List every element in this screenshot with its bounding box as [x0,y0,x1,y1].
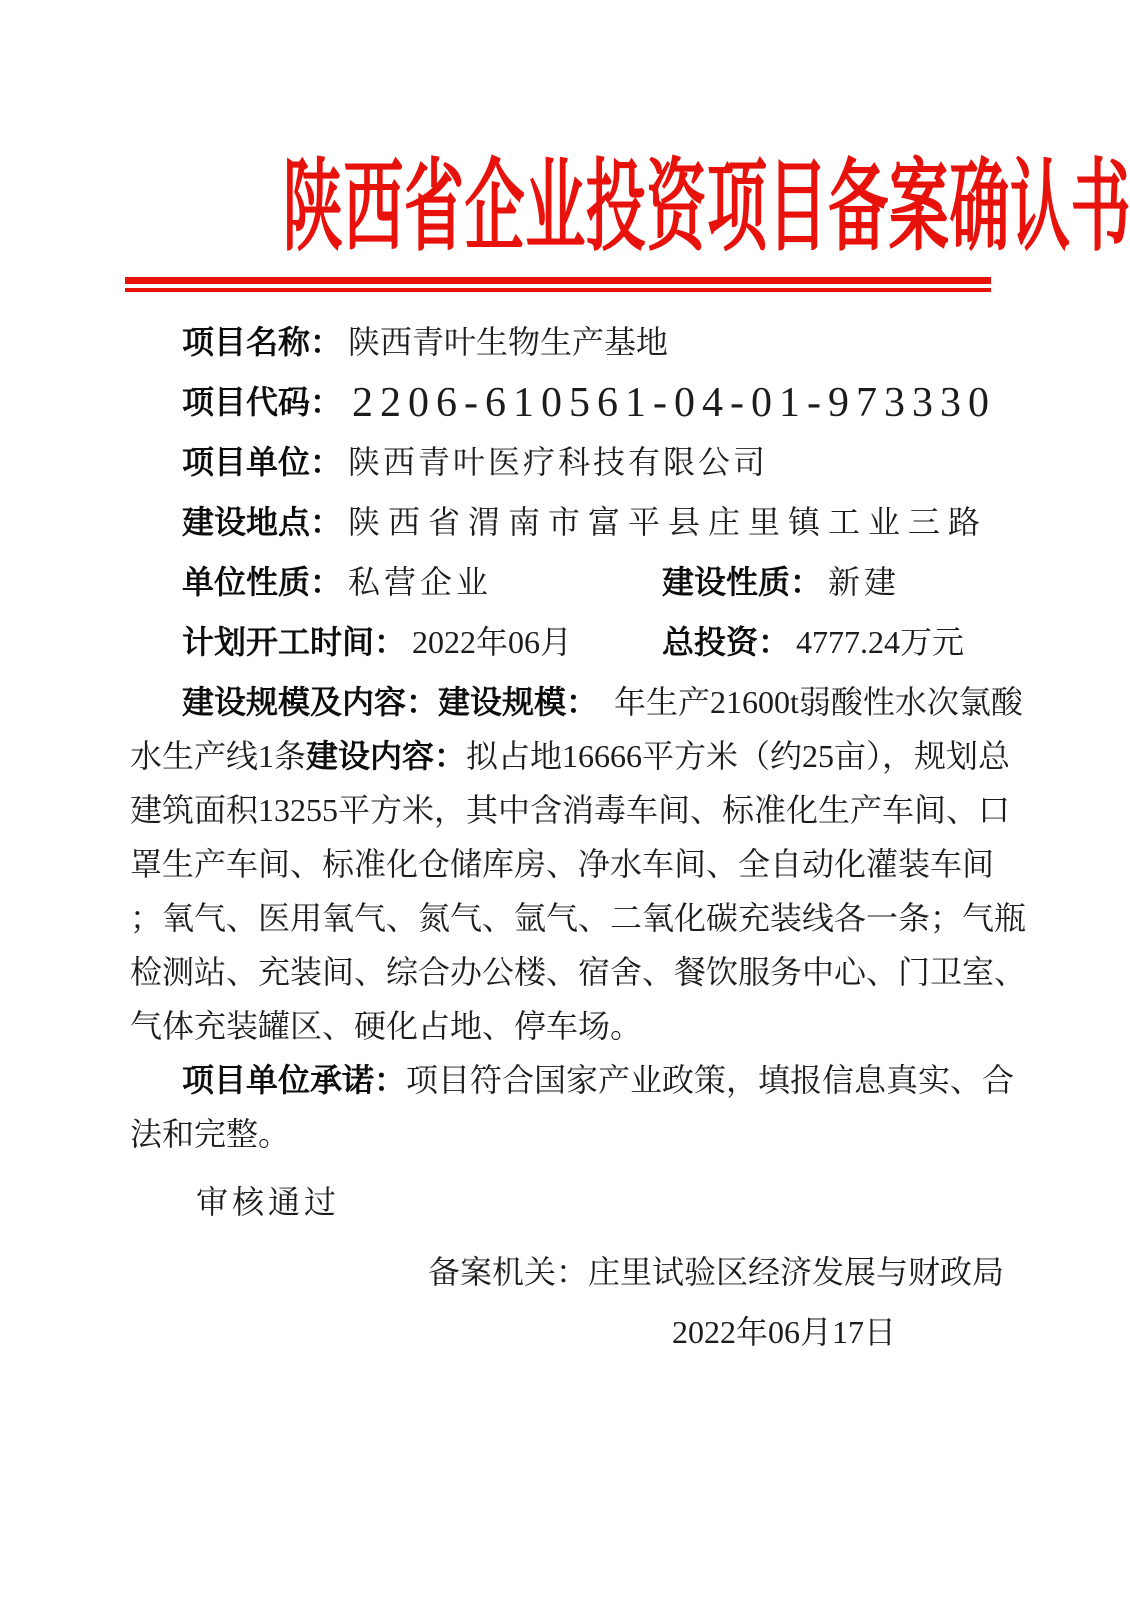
project-name-label: 项目名称： [182,324,342,360]
project-code-label: 项目代码： [182,384,342,420]
filing-authority-label: 备案机关： [428,1254,588,1290]
project-code-value: 2206-610561-04-01-973330 [352,380,996,426]
start-time-value: 2022年06月 [412,624,572,660]
unit-nature-label: 单位性质： [182,564,342,600]
start-time-label: 计划开工时间： [182,624,406,660]
project-unit-label: 项目单位： [182,444,342,480]
investment-label: 总投资： [662,624,790,660]
scale-paragraph-line-2: 水生产线1条建设内容：拟占地16666平方米（约25亩），规划总 [130,736,1070,776]
build-nature-value: 新建 [828,564,900,600]
field-build-nature: 建设性质：新建 [662,562,900,602]
scale-line2-text: 拟占地16666平方米（约25亩），规划总 [466,738,1010,774]
filing-date: 2022年06月17日 [672,1312,896,1352]
field-project-code: 项目代码：2206-610561-04-01-973330 [182,382,996,424]
field-location: 建设地点：陕西省渭南市富平县庄里镇工业三路 [182,502,988,542]
filing-authority-value: 庄里试验区经济发展与财政局 [588,1254,1004,1290]
title-block: 陕西省企业投资项目备案确认书 [0,152,1130,264]
field-start-time: 计划开工时间：2022年06月 [182,622,572,662]
field-project-unit: 项目单位：陕西青叶医疗科技有限公司 [182,442,768,482]
field-investment: 总投资：4777.24万元 [662,622,964,662]
scale-paragraph-line-5: ；氧气、医用氧气、氮气、氩气、二氧化碳充装线各一条；气瓶 [130,898,1070,938]
promise-label: 项目单位承诺： [182,1062,406,1098]
content-sub-label: 建设内容： [306,738,466,774]
promise-line1-text: 项目符合国家产业政策，填报信息真实、合 [406,1062,1014,1098]
investment-value: 4777.24万元 [796,624,964,660]
scale-paragraph-line-1: 建设规模及内容：建设规模： 年生产21600t弱酸性水次氯酸 [130,682,1070,722]
promise-paragraph-line-2: 法和完整。 [130,1114,1070,1154]
scale-label: 建设规模及内容： [182,684,438,720]
location-label: 建设地点： [182,504,342,540]
review-status: 审核通过 [196,1182,340,1222]
field-project-name: 项目名称：陕西青叶生物生产基地 [182,322,668,362]
scale-paragraph-line-4: 罩生产车间、标准化仓储库房、净水车间、全自动化灌装车间 [130,844,1070,884]
scale-paragraph-line-3: 建筑面积13255平方米，其中含消毒车间、标准化生产车间、口 [130,790,1070,830]
title-underline-thin [125,288,991,292]
document-page: 陕西省企业投资项目备案确认书 项目名称：陕西青叶生物生产基地 项目代码：2206… [0,0,1130,1600]
project-unit-value: 陕西青叶医疗科技有限公司 [348,444,768,480]
build-nature-label: 建设性质： [662,564,822,600]
location-value: 陕西省渭南市富平县庄里镇工业三路 [348,504,988,540]
field-unit-nature: 单位性质：私营企业 [182,562,492,602]
title-underline-thick [125,277,991,284]
project-name-value: 陕西青叶生物生产基地 [348,324,668,360]
scale-line1-text: 年生产21600t弱酸性水次氯酸 [582,684,1023,720]
doc-title: 陕西省企业投资项目备案确认书 [283,152,1130,264]
scale-paragraph-line-6: 检测站、充装间、综合办公楼、宿舍、餐饮服务中心、门卫室、 [130,952,1070,992]
filing-authority-line: 备案机关：庄里试验区经济发展与财政局 [428,1252,1004,1292]
scale-line2-pre: 水生产线1条 [130,738,306,774]
scale-paragraph-line-7: 气体充装罐区、硬化占地、停车场。 [130,1006,1070,1046]
unit-nature-value: 私营企业 [348,564,492,600]
promise-paragraph-line-1: 项目单位承诺：项目符合国家产业政策，填报信息真实、合 [130,1060,1070,1100]
scale-sub-label: 建设规模： [438,684,582,720]
